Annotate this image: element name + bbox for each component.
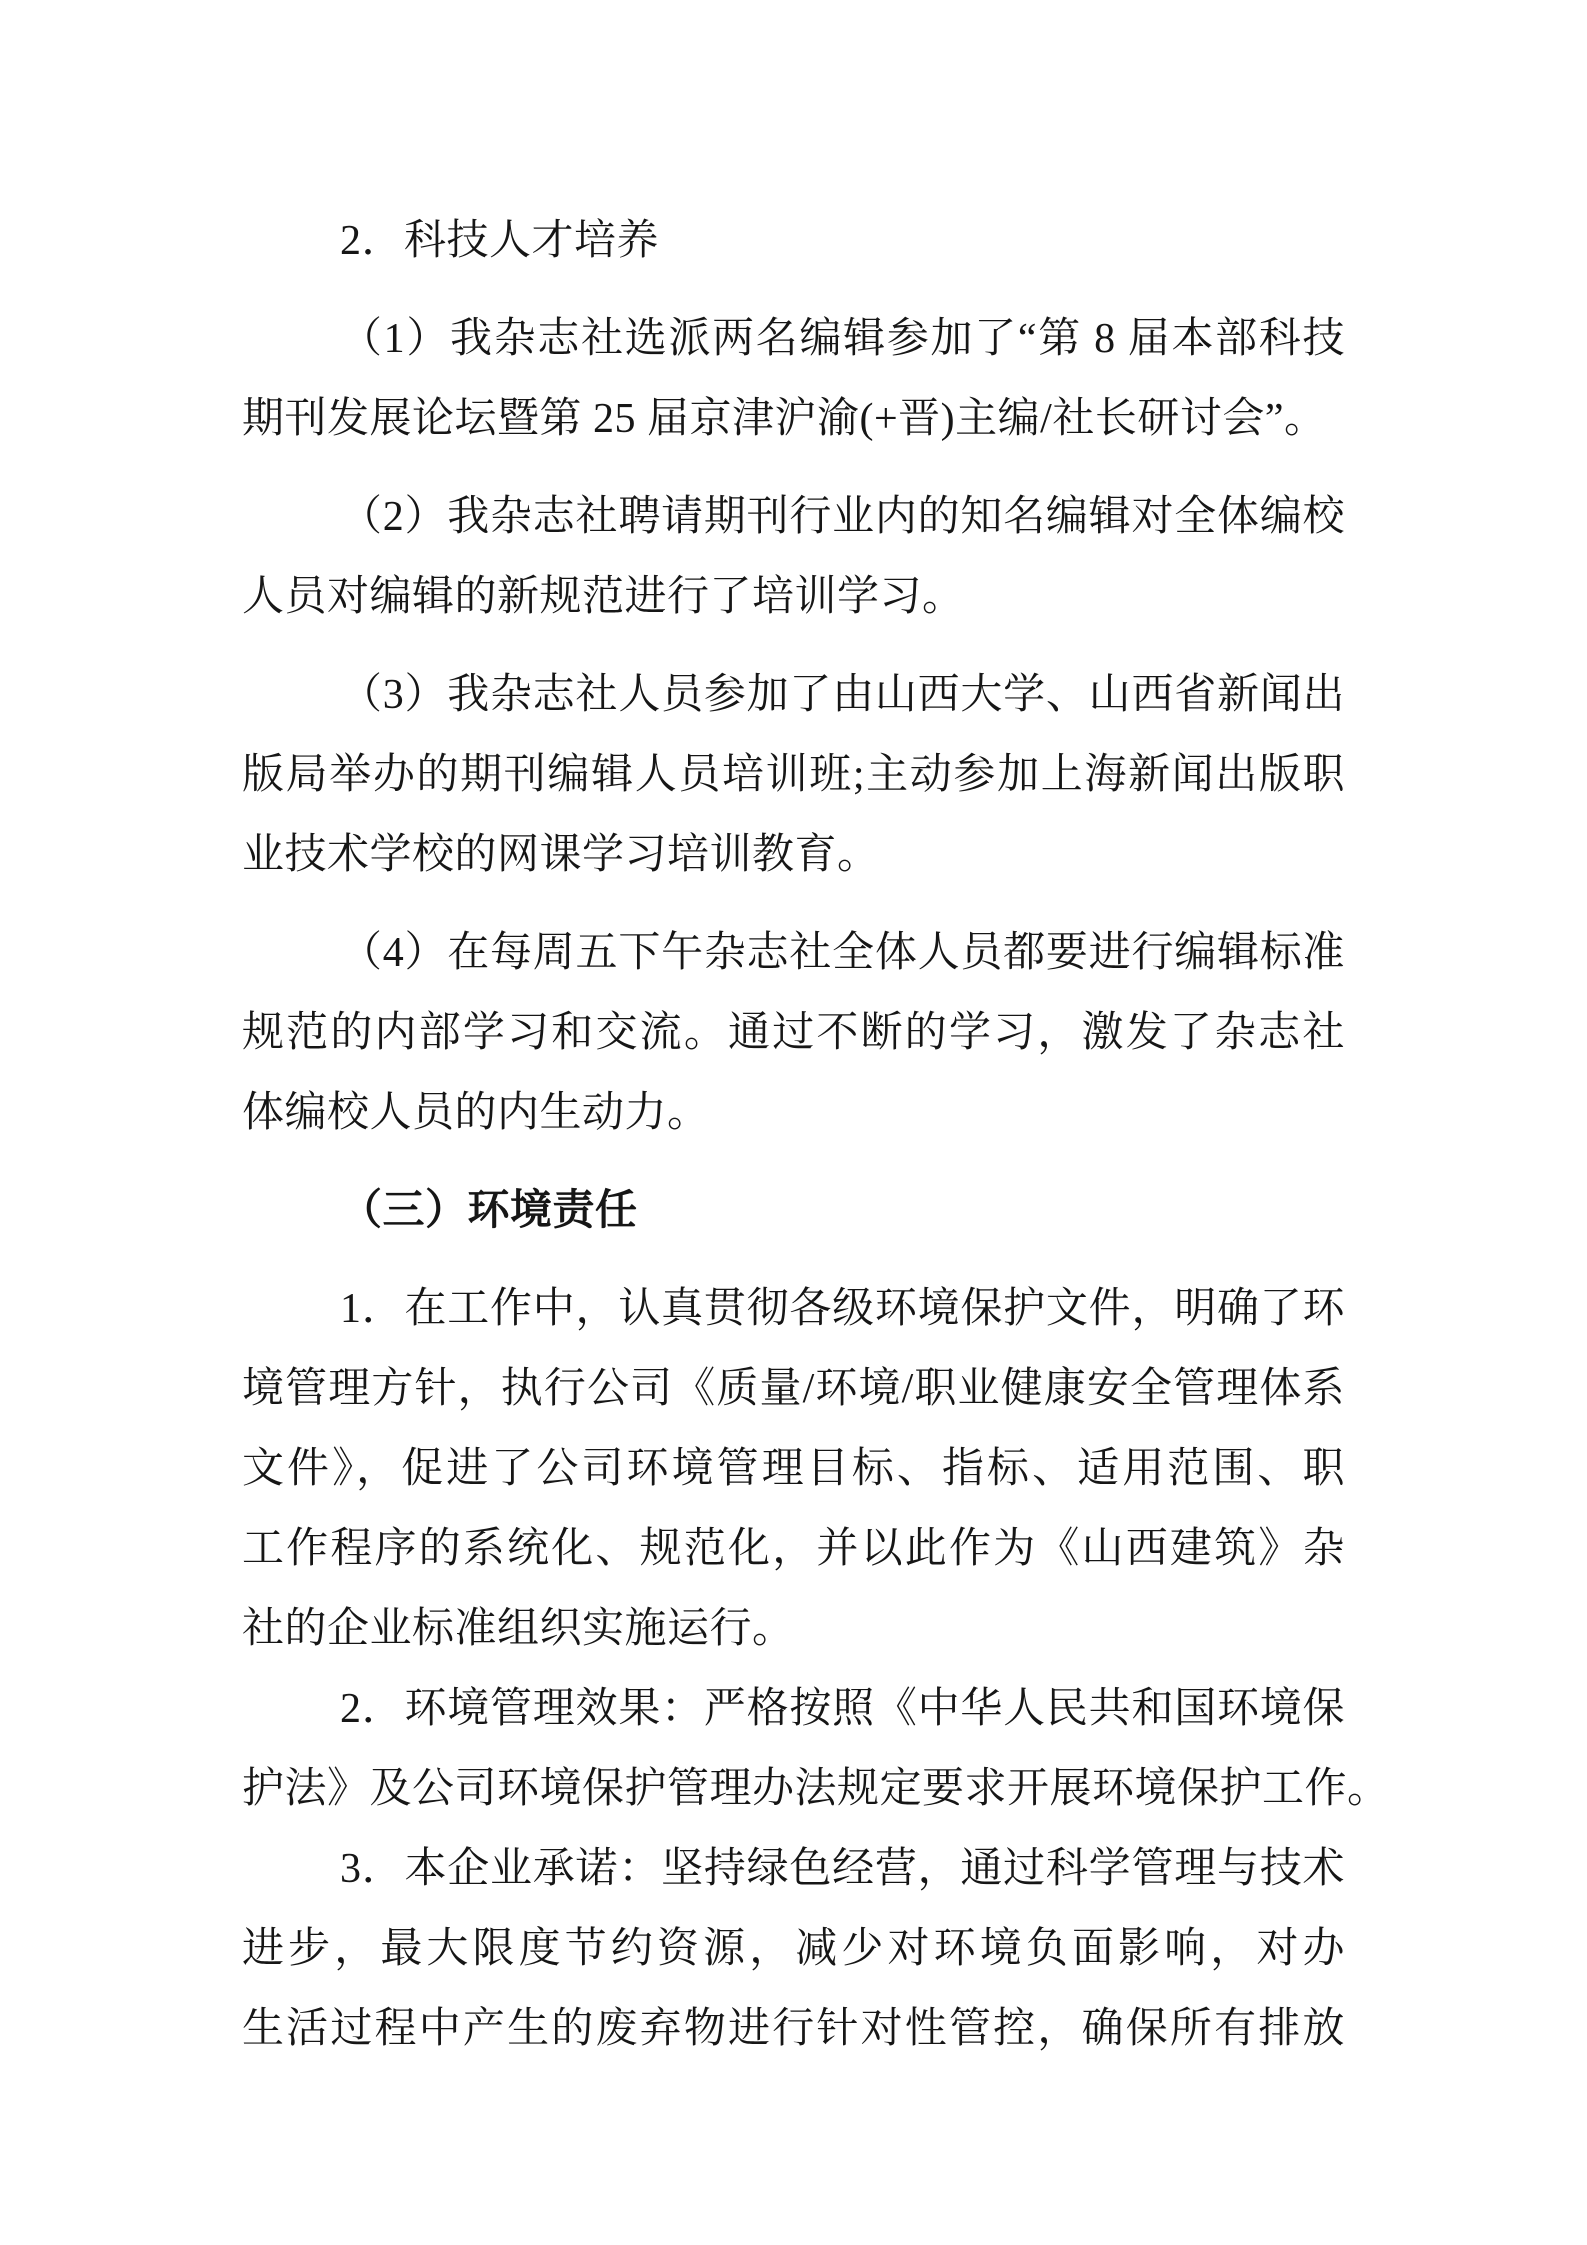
document-page: 2．科技人才培养（1）我杂志社选派两名编辑参加了“第 8 届本部科技期刊发展论坛… [0,0,1587,2245]
paragraph: 3．本企业承诺：坚持绿色经营，通过科学管理与技术进步，最大限度节约资源，减少对环… [242,1829,1345,2069]
text-line: 版局举办的期刊编辑人员培训班;主动参加上海新闻出版职 [242,735,1345,815]
text-line: 期刊发展论坛暨第 25 届京津沪渝(+晋)主编/社长研讨会”。 [242,379,1345,459]
text-line: 体编校人员的内生动力。 [242,1073,1345,1153]
paragraph: （4）在每周五下午杂志社全体人员都要进行编辑标准规范的内部学习和交流。通过不断的… [242,913,1345,1153]
paragraph: （3）我杂志社人员参加了由山西大学、山西省新闻出版局举办的期刊编辑人员培训班;主… [242,655,1345,895]
numbered-subheading: 2．科技人才培养 [242,201,1345,281]
text-line: 业技术学校的网课学习培训教育。 [242,815,1345,895]
text-line: 进步，最大限度节约资源，减少对环境负面影响，对办公、 [242,1909,1345,1989]
text-line: （三）环境责任 [242,1171,1345,1251]
document-body: 2．科技人才培养（1）我杂志社选派两名编辑参加了“第 8 届本部科技期刊发展论坛… [242,201,1345,2069]
text-line: （2）我杂志社聘请期刊行业内的知名编辑对全体编校 [242,477,1345,557]
text-line: 1．在工作中，认真贯彻各级环境保护文件，明确了环 [242,1269,1345,1349]
text-line: （3）我杂志社人员参加了由山西大学、山西省新闻出 [242,655,1345,735]
text-line: （1）我杂志社选派两名编辑参加了“第 8 届本部科技 [242,299,1345,379]
text-line: 护法》及公司环境保护管理办法规定要求开展环境保护工作。 [242,1749,1345,1829]
paragraph: （1）我杂志社选派两名编辑参加了“第 8 届本部科技期刊发展论坛暨第 25 届京… [242,299,1345,459]
text-line: 文件》，促进了公司环境管理目标、指标、适用范围、职责、 [242,1429,1345,1509]
text-line: 工作程序的系统化、规范化，并以此作为《山西建筑》杂志 [242,1509,1345,1589]
text-line: 2．科技人才培养 [242,201,1345,281]
paragraph: 2．环境管理效果：严格按照《中华人民共和国环境保护法》及公司环境保护管理办法规定… [242,1669,1345,1829]
text-line: 人员对编辑的新规范进行了培训学习。 [242,557,1345,637]
text-line: 社的企业标准组织实施运行。 [242,1589,1345,1669]
text-line: 规范的内部学习和交流。通过不断的学习，激发了杂志社全 [242,993,1345,1073]
text-line: 2．环境管理效果：严格按照《中华人民共和国环境保 [242,1669,1345,1749]
text-line: （4）在每周五下午杂志社全体人员都要进行编辑标准 [242,913,1345,993]
paragraph: 1．在工作中，认真贯彻各级环境保护文件，明确了环境管理方针，执行公司《质量/环境… [242,1269,1345,1669]
text-line: 生活过程中产生的废弃物进行针对性管控，确保所有排放物 [242,1989,1345,2069]
text-line: 境管理方针，执行公司《质量/环境/职业健康安全管理体系 [242,1349,1345,1429]
section-heading: （三）环境责任 [242,1171,1345,1251]
paragraph: （2）我杂志社聘请期刊行业内的知名编辑对全体编校人员对编辑的新规范进行了培训学习… [242,477,1345,637]
text-line: 3．本企业承诺：坚持绿色经营，通过科学管理与技术 [242,1829,1345,1909]
